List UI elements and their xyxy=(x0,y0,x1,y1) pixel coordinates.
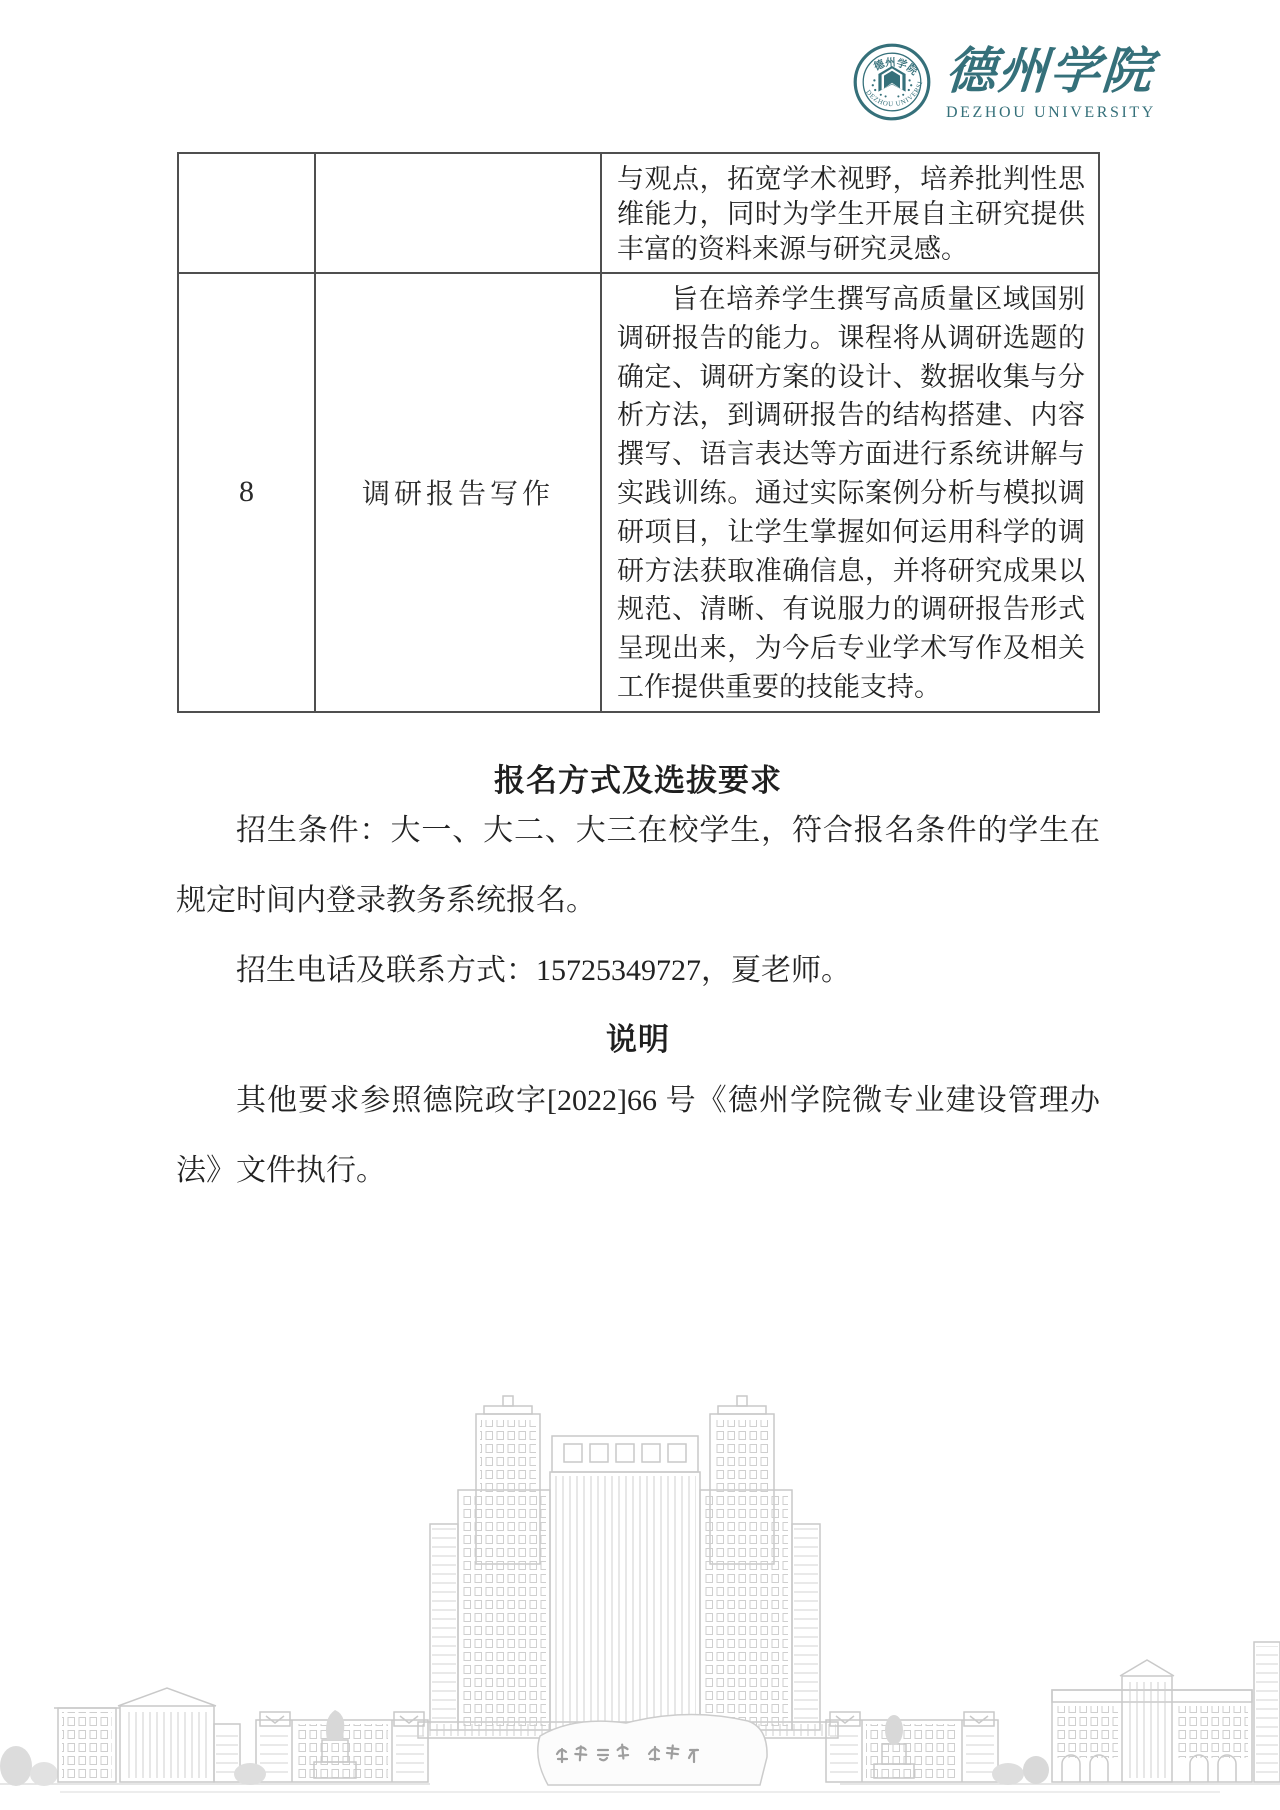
course-description-cell: 旨在培养学生撰写高质量区域国别调研报告的能力。课程将从调研选题的确定、调研方案的… xyxy=(601,273,1099,712)
section-heading-notes: 说明 xyxy=(176,1014,1100,1059)
university-seal-icon: 德州学院 DEZHOU UNIVERSITY xyxy=(852,42,932,122)
university-name-cn: 德州学院 xyxy=(944,40,1148,102)
notes-text: 其他要求参照德院政字[2022]66 号《德州学院微专业建设管理办法》文件执行。 xyxy=(176,1066,1100,1206)
university-logo: 德州学院 DEZHOU UNIVERSITY 德州学院 DEZHOU UNIVE… xyxy=(850,40,1150,135)
course-description-cell: 与观点，拓宽学术视野，培养批判性思维能力，同时为学生开展自主研究提供丰富的资料来… xyxy=(601,153,1099,273)
course-name-cell xyxy=(315,153,601,273)
section-heading-enrollment: 报名方式及选拔要求 xyxy=(176,755,1100,800)
course-table: 与观点，拓宽学术视野，培养批判性思维能力，同时为学生开展自主研究提供丰富的资料来… xyxy=(177,152,1100,713)
campus-buildings-sketch-watermark xyxy=(0,1390,1280,1810)
course-name-cell: 调研报告写作 xyxy=(315,273,601,712)
enrollment-conditions-text: 招生条件：大一、大二、大三在校学生，符合报名条件的学生在规定时间内登录教务系统报… xyxy=(176,796,1100,936)
course-description-text: 与观点，拓宽学术视野，培养批判性思维能力，同时为学生开展自主研究提供丰富的资料来… xyxy=(617,160,1085,267)
table-row-8: 8 调研报告写作 旨在培养学生撰写高质量区域国别调研报告的能力。课程将从调研选题… xyxy=(178,273,1099,712)
document-page: 德州学院 DEZHOU UNIVERSITY 德州学院 DEZHOU UNIVE… xyxy=(0,0,1280,1810)
university-name-en: DEZHOU UNIVERSITY xyxy=(946,104,1146,122)
enrollment-contact-text: 招生电话及联系方式：15725349727，夏老师。 xyxy=(176,936,1100,1006)
course-description-text: 旨在培养学生撰写高质量区域国别调研报告的能力。课程将从调研选题的确定、调研方案的… xyxy=(617,278,1085,707)
course-index-cell xyxy=(178,153,315,273)
table-row-continued: 与观点，拓宽学术视野，培养批判性思维能力，同时为学生开展自主研究提供丰富的资料来… xyxy=(178,153,1099,273)
course-index-cell: 8 xyxy=(178,273,315,712)
